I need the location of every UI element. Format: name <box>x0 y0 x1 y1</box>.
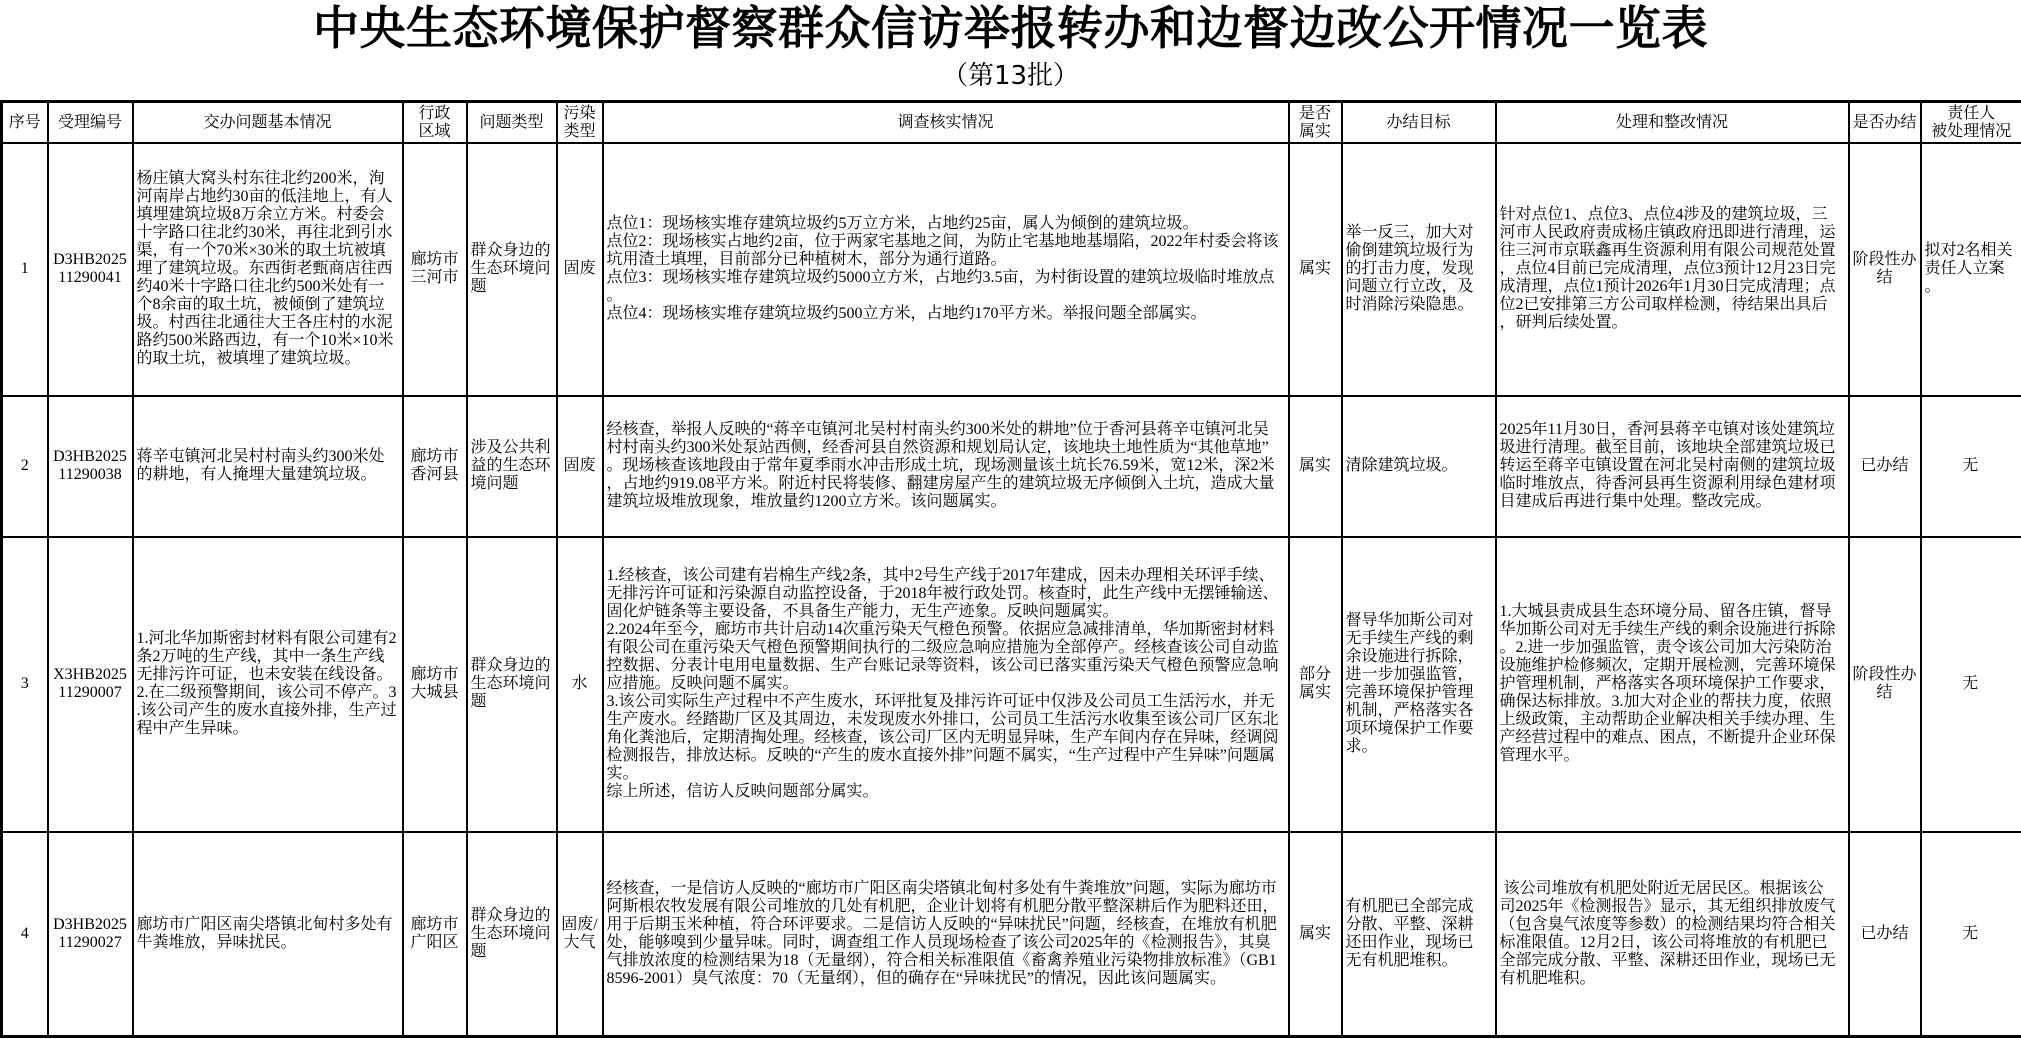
cell-seq: 2 <box>2 396 48 537</box>
cell-seq: 3 <box>2 537 48 832</box>
header-accountability: 责任人 被处理情况 <box>1921 102 2021 143</box>
case-id-text: D3HB202511290038 <box>52 448 127 484</box>
cell-issue: 廊坊市广阳区南尖塔镇北甸村多处有牛粪堆放，异味扰民。 <box>133 832 403 1037</box>
header-closure-goal: 办结目标 <box>1342 102 1496 143</box>
cell-region: 廊坊市广阳区 <box>403 832 467 1037</box>
document-title: 中央生态环境保护督察群众信访举报转办和边督边改公开情况一览表 <box>0 0 2021 56</box>
header-investigation: 调查核实情况 <box>603 102 1289 143</box>
header-closed-status: 是否办结 <box>1849 102 1921 143</box>
table-row: 3 X3HB202511290007 1.河北华加斯密封材料有限公司建有2条2万… <box>2 537 2021 832</box>
cell-problem-type: 群众身边的生态环境问题 <box>467 832 557 1037</box>
cell-closure-goal: 清除建筑垃圾。 <box>1342 396 1496 537</box>
cell-accountability: 无 <box>1921 537 2021 832</box>
case-id-text: D3HB202511290041 <box>52 251 127 287</box>
table-row: 4 D3HB202511290027 廊坊市广阳区南尖塔镇北甸村多处有牛粪堆放，… <box>2 832 2021 1037</box>
table-row: 1 D3HB202511290041 杨庄镇大窝头村东往北约200米，洵河南岸占… <box>2 143 2021 396</box>
cell-problem-type: 涉及公共利益的生态环境问题 <box>467 396 557 537</box>
cell-accountability: 无 <box>1921 832 2021 1037</box>
cell-pollution-type: 水 <box>557 537 603 832</box>
cell-region: 廊坊市三河市 <box>403 143 467 396</box>
table-row: 2 D3HB202511290038 蒋辛屯镇河北吴村村南头约300米处的耕地，… <box>2 396 2021 537</box>
cell-investigation: 点位1：现场核实堆存建筑垃圾约5万立方米，占地约25亩，属人为倾倒的建筑垃圾。 … <box>603 143 1289 396</box>
cell-region: 廊坊市大城县 <box>403 537 467 832</box>
header-problem-type: 问题类型 <box>467 102 557 143</box>
petition-table: 序号 受理编号 交办问题基本情况 行政区域 问题类型 污染类型 调查核实情况 是… <box>0 100 2021 1038</box>
cell-investigation: 经核查，举报人反映的“蒋辛屯镇河北吴村村南头约300米处的耕地”位于香河县蒋辛屯… <box>603 396 1289 537</box>
cell-pollution-type: 固废 <box>557 396 603 537</box>
cell-rectification: 1.大城县责成县生态环境分局、留各庄镇，督导华加斯公司对无手续生产线的剩余设施进… <box>1496 537 1849 832</box>
cell-closed-status: 已办结 <box>1849 832 1921 1037</box>
cell-issue: 蒋辛屯镇河北吴村村南头约300米处的耕地，有人掩埋大量建筑垃圾。 <box>133 396 403 537</box>
cell-pollution-type: 固废/大气 <box>557 832 603 1037</box>
cell-rectification: 针对点位1、点位3、点位4涉及的建筑垃圾，三河市人民政府责成杨庄镇政府迅即进行清… <box>1496 143 1849 396</box>
cell-case-id: D3HB202511290041 <box>48 143 133 396</box>
cell-verified: 属实 <box>1289 832 1342 1037</box>
header-pollution-type-label: 污染类型 <box>563 104 597 140</box>
header-pollution-type: 污染类型 <box>557 102 603 143</box>
case-id-text: D3HB202511290027 <box>52 916 127 952</box>
cell-accountability: 无 <box>1921 396 2021 537</box>
cell-rectification: 该公司堆放有机肥处附近无居民区。根据该公司2025年《检测报告》显示，其无组织排… <box>1496 832 1849 1037</box>
header-verified-label: 是否属实 <box>1298 104 1332 140</box>
cell-investigation: 1.经核查，该公司建有岩棉生产线2条，其中2号生产线于2017年建成，因未办理相… <box>603 537 1289 832</box>
table-header-row: 序号 受理编号 交办问题基本情况 行政区域 问题类型 污染类型 调查核实情况 是… <box>2 102 2021 143</box>
cell-verified: 部分属实 <box>1289 537 1342 832</box>
cell-problem-type: 群众身边的生态环境问题 <box>467 143 557 396</box>
cell-accountability: 拟对2名相关责任人立案。 <box>1921 143 2021 396</box>
cell-verified: 属实 <box>1289 143 1342 396</box>
cell-seq: 4 <box>2 832 48 1037</box>
cell-closure-goal: 督导华加斯公司对无手续生产线的剩余设施进行拆除，进一步加强监管，完善环境保护管理… <box>1342 537 1496 832</box>
header-issue: 交办问题基本情况 <box>133 102 403 143</box>
cell-verified: 属实 <box>1289 396 1342 537</box>
cell-closed-status: 阶段性办结 <box>1849 537 1921 832</box>
cell-region: 廊坊市香河县 <box>403 396 467 537</box>
header-region: 行政区域 <box>403 102 467 143</box>
header-rectification: 处理和整改情况 <box>1496 102 1849 143</box>
cell-closed-status: 阶段性办结 <box>1849 143 1921 396</box>
cell-closure-goal: 有机肥已全部完成分散、平整、深耕还田作业，现场已无有机肥堆积。 <box>1342 832 1496 1037</box>
cell-pollution-type: 固废 <box>557 143 603 396</box>
cell-problem-type: 群众身边的生态环境问题 <box>467 537 557 832</box>
cell-closed-status: 已办结 <box>1849 396 1921 537</box>
cell-rectification: 2025年11月30日，香河县蒋辛屯镇对该处建筑垃圾进行清理。截至目前，该地块全… <box>1496 396 1849 537</box>
header-seq: 序号 <box>2 102 48 143</box>
cell-case-id: D3HB202511290027 <box>48 832 133 1037</box>
header-case-id: 受理编号 <box>48 102 133 143</box>
cell-case-id: X3HB202511290007 <box>48 537 133 832</box>
header-verified: 是否属实 <box>1289 102 1342 143</box>
header-region-label: 行政区域 <box>418 104 452 140</box>
cell-investigation: 经核查，一是信访人反映的“廊坊市广阳区南尖塔镇北甸村多处有牛粪堆放”问题，实际为… <box>603 832 1289 1037</box>
cell-case-id: D3HB202511290038 <box>48 396 133 537</box>
document-subtitle: （第13批） <box>0 59 2021 93</box>
cell-seq: 1 <box>2 143 48 396</box>
cell-issue: 1.河北华加斯密封材料有限公司建有2条2万吨的生产线，其中一条生产线无排污许可证… <box>133 537 403 832</box>
cell-closure-goal: 举一反三，加大对偷倒建筑垃圾行为的打击力度，发现问题立行立改，及时消除污染隐患。 <box>1342 143 1496 396</box>
case-id-text: X3HB202511290007 <box>52 666 127 702</box>
cell-issue: 杨庄镇大窝头村东往北约200米，洵河南岸占地约30亩的低洼地上，有人填埋建筑垃圾… <box>133 143 403 396</box>
